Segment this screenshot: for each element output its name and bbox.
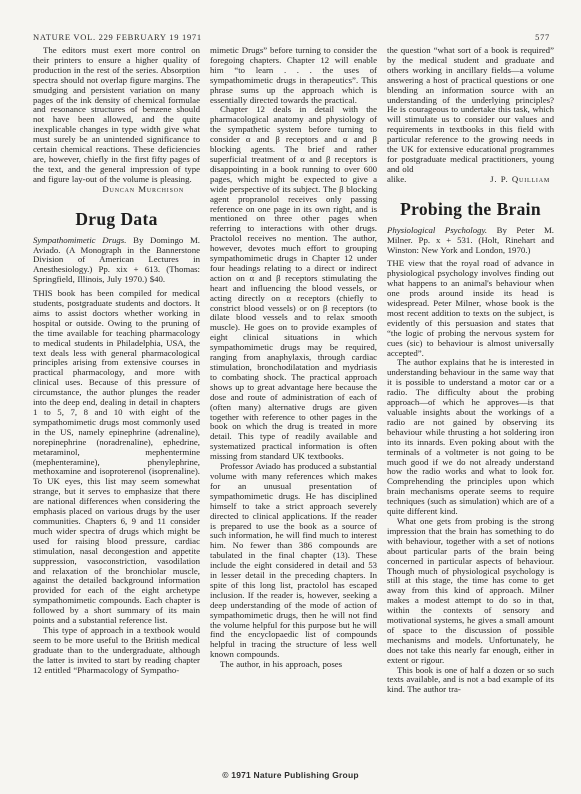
column-right: the question “what sort of a book is req… (387, 46, 554, 762)
reviewer-signature-murchison: Duncan Murchison (33, 185, 200, 195)
journal-volume-date: NATURE VOL. 229 FEBRUARY 19 1971 (33, 32, 202, 42)
article-columns: The editors must exert more control on t… (33, 46, 554, 762)
paragraph-this-book-is: This book is one of half a dozen or so s… (387, 666, 554, 696)
copyright-notice: © 1971 Nature Publishing Group (222, 770, 358, 780)
paragraph-this-book: THIS book has been compiled for medical … (33, 289, 200, 626)
paragraph-end-alike: alike. (387, 175, 406, 185)
journal-page: NATURE VOL. 229 FEBRUARY 19 1971 577 The… (0, 0, 581, 794)
article-title-probing-the-brain: Probing the Brain (387, 199, 554, 219)
paragraph-author-explains: The author explains that he is intereste… (387, 358, 554, 517)
book-citation-drug-data: Sympathomimetic Drugs. By Domingo M. Avi… (33, 236, 200, 286)
paragraph-the-question: the question “what sort of a book is req… (387, 46, 554, 175)
paragraph-mimetic-continuation: mimetic Drugs” before turning to conside… (210, 46, 377, 105)
paragraph-this-type: This type of approach in a textbook woul… (33, 626, 200, 676)
signature-line: alike.J. P. Quilliam (387, 175, 554, 185)
page-footer: © 1971 Nature Publishing Group (0, 770, 581, 780)
paragraph-professor-aviado: Professor Aviado has produced a substant… (210, 462, 377, 660)
book-citation-probing: Physiological Psychology. By Peter M. Mi… (387, 226, 554, 256)
paragraph-what-one-gets: What one gets from probing is the strong… (387, 517, 554, 666)
column-middle: mimetic Drugs” before turning to conside… (210, 46, 377, 762)
book-title-physiological-psychology: Physiological Psychology. (387, 225, 487, 235)
paragraph-chapter-12: Chapter 12 deals in detail with the phar… (210, 105, 377, 462)
reviewer-signature-quilliam: J. P. Quilliam (490, 175, 554, 185)
article-title-drug-data: Drug Data (33, 209, 200, 229)
page-header: NATURE VOL. 229 FEBRUARY 19 1971 577 (33, 32, 550, 42)
book-title-sympathomimetic-drugs: Sympathomimetic Drugs. (33, 235, 126, 245)
paragraph-the-view: THE view that the royal road of advance … (387, 259, 554, 358)
column-left: The editors must exert more control on t… (33, 46, 200, 762)
paragraph-editors-note: The editors must exert more control on t… (33, 46, 200, 185)
paragraph-author-poses: The author, in his approach, poses (210, 660, 377, 670)
page-number: 577 (535, 32, 550, 42)
